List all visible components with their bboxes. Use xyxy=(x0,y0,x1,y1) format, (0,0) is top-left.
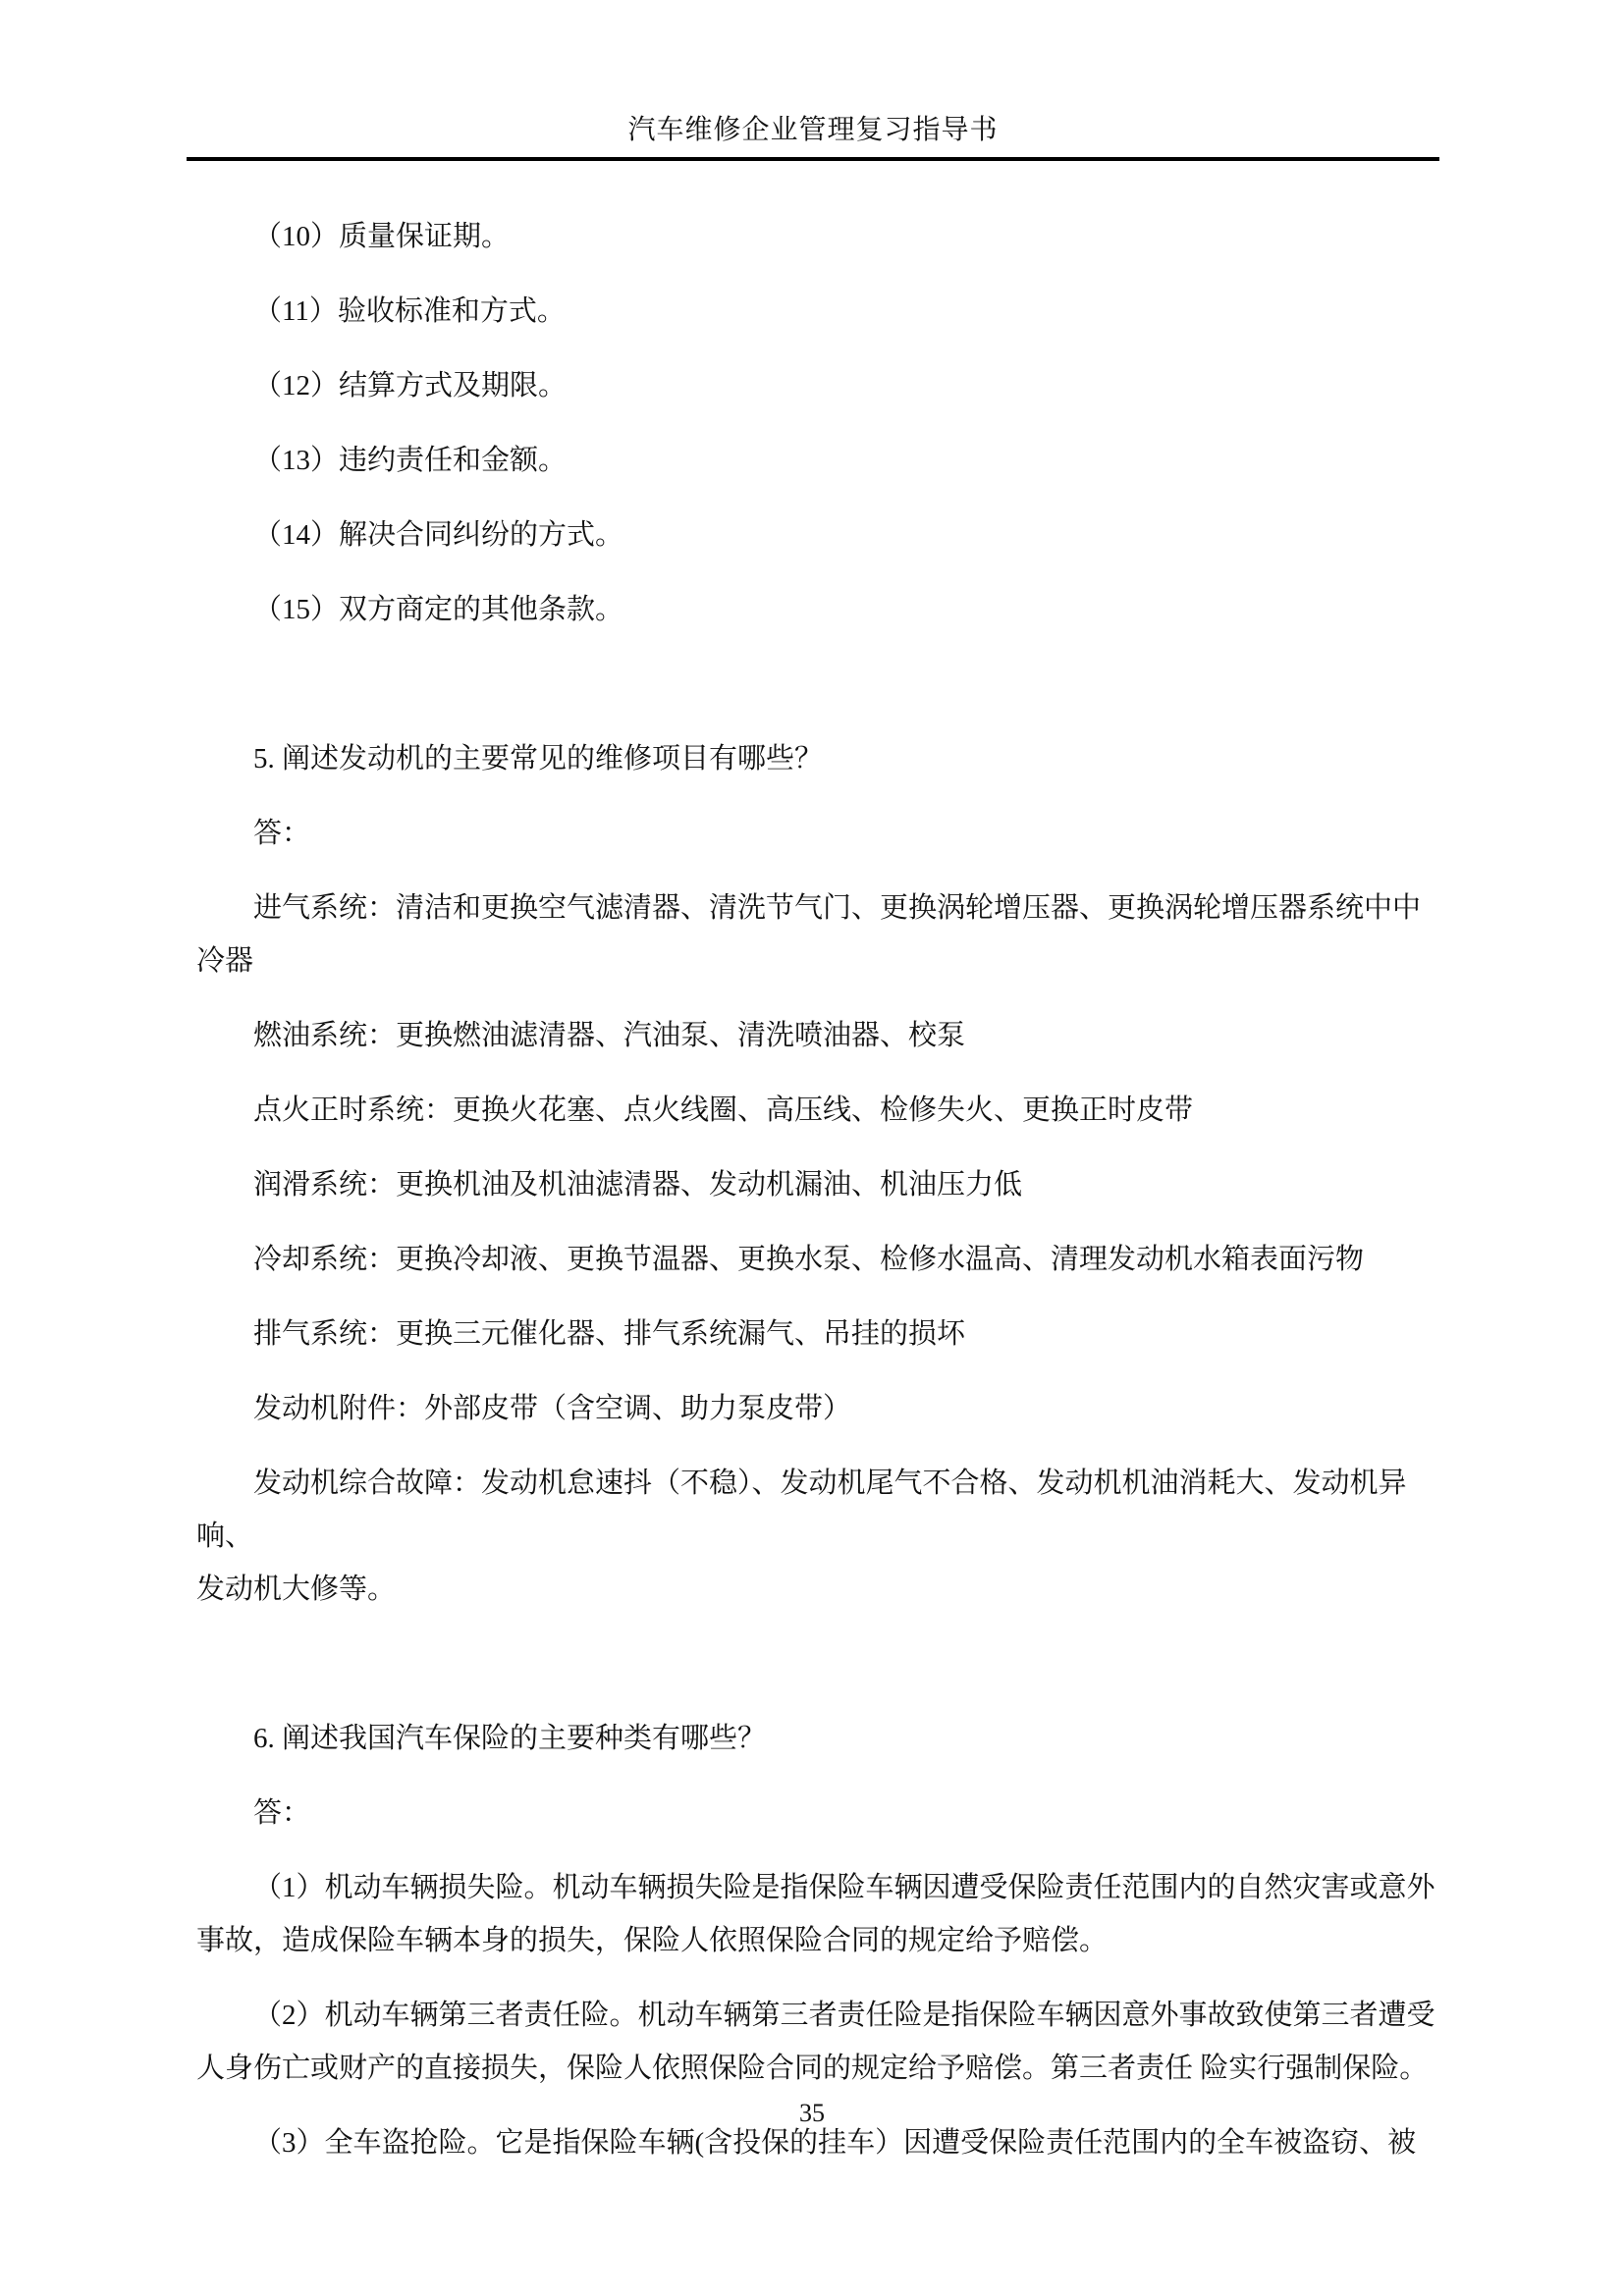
engine-general-faults-line-2: 发动机大修等。 xyxy=(196,1563,1443,1616)
question-6: 6. 阐述我国汽车保险的主要种类有哪些？ xyxy=(196,1712,1443,1765)
ignition-timing-system-paragraph: 点火正时系统：更换火花塞、点火线圈、高压线、检修失火、更换正时皮带 xyxy=(196,1084,1443,1137)
list-item-13-text: （13）违约责任和金额。 xyxy=(196,434,1443,487)
document-body: （10）质量保证期。 （11）验收标准和方式。 （12）结算方式及期限。 （13… xyxy=(196,210,1443,2191)
engine-accessories-paragraph: 发动机附件：外部皮带（含空调、助力泵皮带） xyxy=(196,1382,1443,1435)
page-header: 汽车维修企业管理复习指导书 xyxy=(187,114,1439,161)
engine-general-faults-line-1: 发动机综合故障：发动机怠速抖（不稳）、发动机尾气不合格、发动机机油消耗大、发动机… xyxy=(196,1457,1443,1563)
insurance-type-1-line-1: （1）机动车辆损失险。机动车辆损失险是指保险车辆因遭受保险责任范围内的自然灾害或… xyxy=(196,1861,1443,1914)
engine-general-faults-paragraph: 发动机综合故障：发动机怠速抖（不稳）、发动机尾气不合格、发动机机油消耗大、发动机… xyxy=(196,1457,1443,1616)
exhaust-system-paragraph: 排气系统：更换三元催化器、排气系统漏气、吊挂的损坏 xyxy=(196,1308,1443,1361)
question-6-text: 6. 阐述我国汽车保险的主要种类有哪些？ xyxy=(196,1712,1443,1765)
list-item-11-text: （11）验收标准和方式。 xyxy=(196,285,1443,338)
question-5-text: 5. 阐述发动机的主要常见的维修项目有哪些？ xyxy=(196,732,1443,785)
question-5: 5. 阐述发动机的主要常见的维修项目有哪些？ xyxy=(196,732,1443,785)
paragraph-gap xyxy=(196,658,1443,732)
exhaust-system-text: 排气系统：更换三元催化器、排气系统漏气、吊挂的损坏 xyxy=(196,1308,1443,1361)
answer-label-6-text: 答： xyxy=(196,1787,1443,1840)
list-item-10-text: （10）质量保证期。 xyxy=(196,210,1443,263)
lubrication-system-paragraph: 润滑系统：更换机油及机油滤清器、发动机漏油、机油压力低 xyxy=(196,1158,1443,1211)
intake-system-line-2: 冷器 xyxy=(196,934,1443,988)
intake-system-line-1: 进气系统：清洁和更换空气滤清器、清洗节气门、更换涡轮增压器、更换涡轮增压器系统中… xyxy=(196,881,1443,934)
header-title: 汽车维修企业管理复习指导书 xyxy=(627,115,998,145)
answer-label-5-text: 答： xyxy=(196,807,1443,860)
insurance-type-2-line-1: （2）机动车辆第三者责任险。机动车辆第三者责任险是指保险车辆因意外事故致使第三者… xyxy=(196,1989,1443,2042)
paragraph-gap xyxy=(196,1637,1443,1712)
list-item-11: （11）验收标准和方式。 xyxy=(196,285,1443,338)
insurance-type-1-paragraph: （1）机动车辆损失险。机动车辆损失险是指保险车辆因遭受保险责任范围内的自然灾害或… xyxy=(196,1861,1443,1967)
answer-label-5: 答： xyxy=(196,807,1443,860)
insurance-type-2-paragraph: （2）机动车辆第三者责任险。机动车辆第三者责任险是指保险车辆因意外事故致使第三者… xyxy=(196,1989,1443,2095)
list-item-12-text: （12）结算方式及期限。 xyxy=(196,359,1443,412)
insurance-type-1-line-2: 事故，造成保险车辆本身的损失，保险人依照保险合同的规定给予赔偿。 xyxy=(196,1914,1443,1967)
list-item-14: （14）解决合同纠纷的方式。 xyxy=(196,508,1443,561)
insurance-type-2-line-2: 人身伤亡或财产的直接损失，保险人依照保险合同的规定给予赔偿。第三者责任 险实行强… xyxy=(196,2042,1443,2095)
page-footer: 35 xyxy=(0,2099,1624,2128)
cooling-system-text: 冷却系统：更换冷却液、更换节温器、更换水泵、检修水温高、清理发动机水箱表面污物 xyxy=(196,1233,1443,1286)
list-item-13: （13）违约责任和金额。 xyxy=(196,434,1443,487)
answer-label-6: 答： xyxy=(196,1787,1443,1840)
cooling-system-paragraph: 冷却系统：更换冷却液、更换节温器、更换水泵、检修水温高、清理发动机水箱表面污物 xyxy=(196,1233,1443,1286)
list-item-15-text: （15）双方商定的其他条款。 xyxy=(196,583,1443,636)
fuel-system-paragraph: 燃油系统：更换燃油滤清器、汽油泵、清洗喷油器、校泵 xyxy=(196,1009,1443,1062)
list-item-12: （12）结算方式及期限。 xyxy=(196,359,1443,412)
fuel-system-text: 燃油系统：更换燃油滤清器、汽油泵、清洗喷油器、校泵 xyxy=(196,1009,1443,1062)
document-page: 汽车维修企业管理复习指导书 （10）质量保证期。 （11）验收标准和方式。 （1… xyxy=(0,0,1624,2296)
list-item-14-text: （14）解决合同纠纷的方式。 xyxy=(196,508,1443,561)
lubrication-system-text: 润滑系统：更换机油及机油滤清器、发动机漏油、机油压力低 xyxy=(196,1158,1443,1211)
ignition-timing-system-text: 点火正时系统：更换火花塞、点火线圈、高压线、检修失火、更换正时皮带 xyxy=(196,1084,1443,1137)
list-item-15: （15）双方商定的其他条款。 xyxy=(196,583,1443,636)
page-number: 35 xyxy=(799,2099,825,2127)
engine-accessories-text: 发动机附件：外部皮带（含空调、助力泵皮带） xyxy=(196,1382,1443,1435)
list-item-10: （10）质量保证期。 xyxy=(196,210,1443,263)
intake-system-paragraph: 进气系统：清洁和更换空气滤清器、清洗节气门、更换涡轮增压器、更换涡轮增压器系统中… xyxy=(196,881,1443,988)
